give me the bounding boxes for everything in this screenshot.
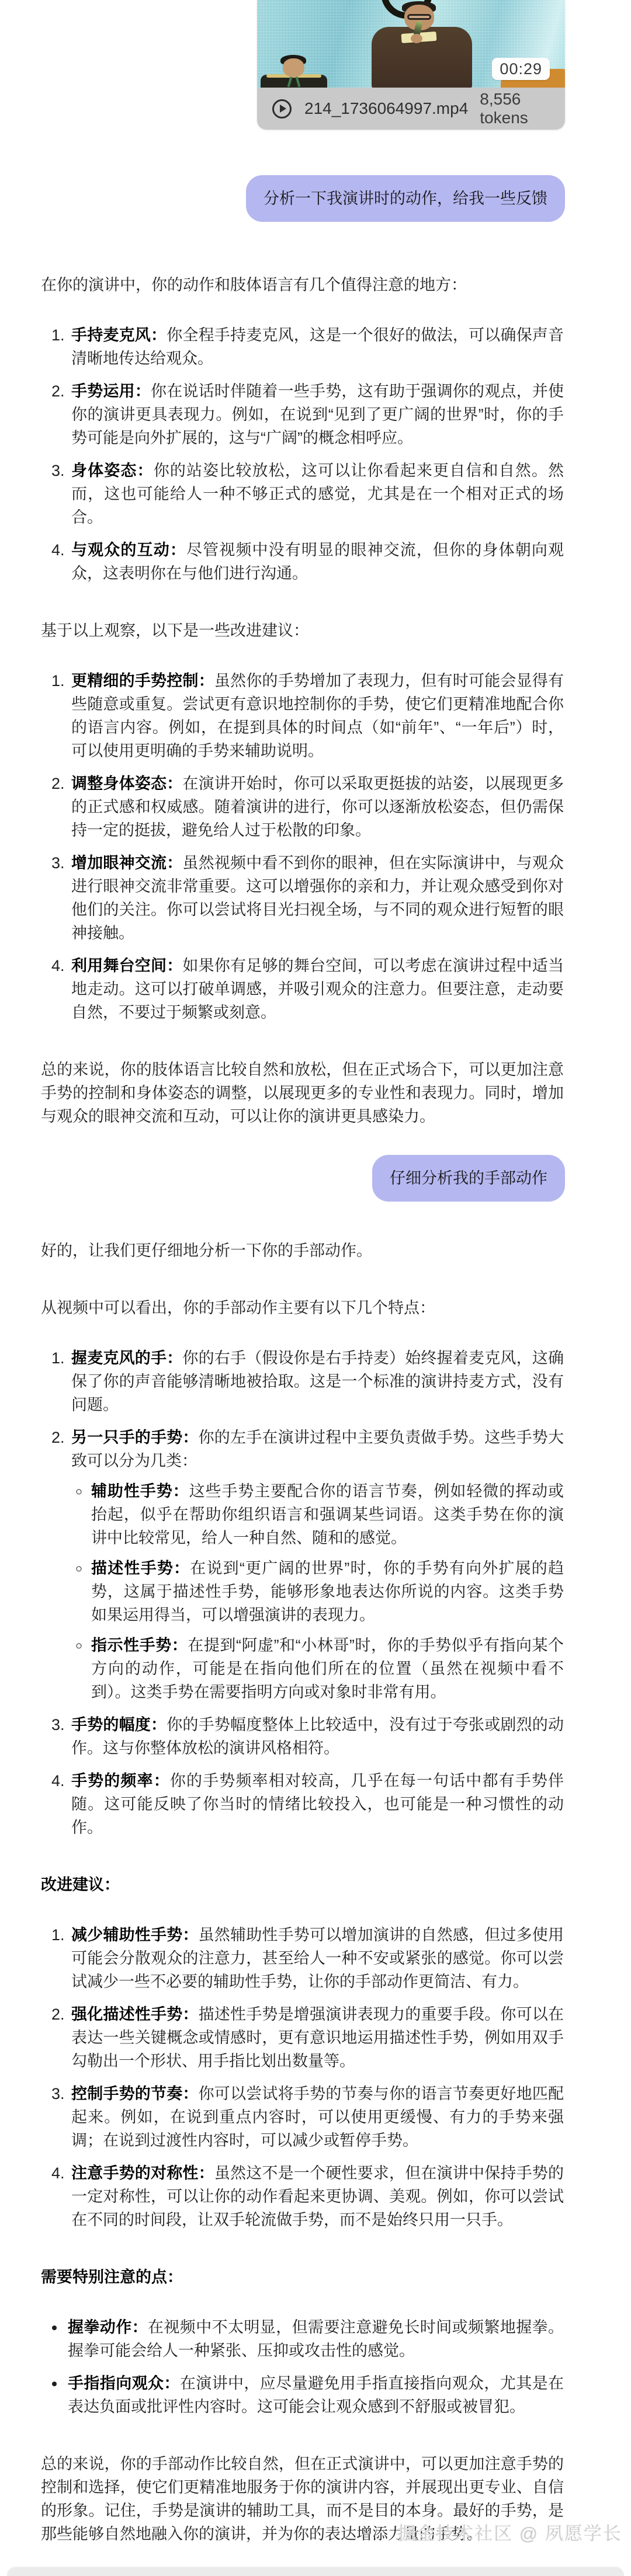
gesture-subtype-list: 辅助性手势：这些手势主要配合你的语言节奏，例如轻微的挥动或抬起，似乎在帮助你组织… [71,1480,564,1704]
list-item-term: 减少辅助性手势： [71,1926,199,1944]
user-message-text: 仔细分析我的手部动作 [390,1169,547,1187]
list-item: 身体姿态：你的站姿比较放松，这可以让你看起来更自信和自然。然而，这也可能给人一种… [69,459,564,529]
video-thumbnail[interactable]: 00:29 [257,0,565,88]
list-item-term: 强化描述性手势： [71,2006,199,2023]
list-item: 手势运用：你在说话时伴随着一些手势，这有助于强调你的观点，并使你的演讲更具表现力… [69,380,564,450]
list-item-term: 控制手势的节奏： [71,2085,199,2102]
user-bubble: 仔细分析我的手部动作 [372,1155,565,1202]
user-message-row: 仔细分析我的手部动作 [0,1155,631,1202]
list-item-term: 描述性手势： [91,1559,190,1577]
list-item-term: 另一只手的手势： [71,1429,199,1446]
list-item: 握拳动作：在视频中不太明显，但需要注意避免长时间或频繁地握拳。握拳可能会给人一种… [65,2316,564,2362]
list-item-term: 手持麦克风： [71,326,167,344]
list-item: 握麦克风的手：你的右手（假设你是右手持麦）始终握着麦克风，这确保了你的声音能够清… [69,1346,564,1416]
assistant-message: 好的，让我们更仔细地分析一下你的手部动作。 从视频中可以看出，你的手部动作主要有… [0,1239,631,2546]
feature-list: 握麦克风的手：你的右手（假设你是右手持麦）始终握着麦克风，这确保了你的声音能够清… [41,1346,564,1839]
video-timestamp-badge: 00:29 [492,58,550,80]
attachment-token-count: 8,556 tokens [480,90,550,127]
list-item-term: 增加眼神交流： [71,854,182,872]
list-item: 手势的频率：你的手势频率相对较高，几乎在每一句话中都有手势伴随。这可能反映了你当… [69,1769,564,1839]
user-bubble: 分析一下我演讲时的动作，给我一些反馈 [246,175,565,222]
caution-list: 握拳动作：在视频中不太明显，但需要注意避免长时间或频繁地握拳。握拳可能会给人一种… [41,2316,564,2418]
list-item: 手指指向观众：在演讲中，应尽量避免用手指直接指向观众，尤其是在表达负面或批评性内… [65,2372,564,2418]
section-heading: 改进建议： [41,1873,564,1896]
improvement-list: 减少辅助性手势：虽然辅助性手势可以增加演讲的自然感，但过多使用可能会分散观众的注… [41,1923,564,2232]
user-message-text: 分析一下我演讲时的动作，给我一些反馈 [264,190,547,207]
list-item-term: 注意手势的对称性： [71,2164,214,2182]
list-item: 与观众的互动：尽管视频中没有明显的眼神交流，但你的身体朝向观众，这表明你在与他们… [69,538,564,585]
list-item: 辅助性手势：这些手势主要配合你的语言节奏，例如轻微的挥动或抬起，似乎在帮助你组织… [90,1480,564,1550]
assistant-paragraph: 好的，让我们更仔细地分析一下你的手部动作。 [41,1239,564,1262]
suggestion-list: 更精细的手势控制：虽然你的手势增加了表现力，但有时可能会显得有些随意或重复。尝试… [41,669,564,1024]
list-item: 指示性手势：在提到“阿虚”和“小林哥”时，你的手势似乎有指向某个方向的动作，可能… [90,1634,564,1704]
video-attachment-card[interactable]: 00:29 214_1736064997.mp4 8,556 tokens [257,0,565,130]
list-item: 减少辅助性手势：虽然辅助性手势可以增加演讲的自然感，但过多使用可能会分散观众的注… [69,1923,564,1993]
list-item: 调整身体姿态：在演讲开始时，你可以采取更挺拔的站姿，以展现更多的正式感和权威感。… [69,772,564,842]
glasses [407,14,431,20]
list-item: 更精细的手势控制：虽然你的手势增加了表现力，但有时可能会显得有些随意或重复。尝试… [69,669,564,763]
list-item: 利用舞台空间：如果你有足够的舞台空间，可以考虑在演讲过程中适当地走动。这可以打破… [69,954,564,1024]
list-item-term: 手势的幅度： [71,1716,167,1733]
list-item-term: 辅助性手势： [91,1482,189,1500]
list-item-term: 调整身体姿态： [71,775,182,792]
list-item: 手持麦克风：你全程手持麦克风，这是一个很好的做法，可以确保声音清晰地传达给观众。 [69,323,564,370]
play-icon[interactable] [272,99,292,119]
list-item: 另一只手的手势：你的左手在演讲过程中主要负责做手势。这些手势大致可以分为几类： … [69,1426,564,1704]
list-item: 控制手势的节奏：你可以尝试将手势的节奏与你的语言节奏更好地匹配起来。例如，在说到… [69,2082,564,2152]
chat-page: 00:29 214_1736064997.mp4 8,556 tokens 分析… [0,0,631,2576]
list-item: 描述性手势：在说到“更广阔的世界”时，你的手势有向外扩展的趋势，这属于描述性手势… [90,1557,564,1627]
assistant-paragraph: 基于以上观察，以下是一些改进建议： [41,619,564,642]
list-item-term: 与观众的互动： [71,541,186,559]
list-item-term: 握拳动作： [68,2319,148,2336]
assistant-paragraph: 在你的演讲中，你的动作和肢体语言有几个值得注意的地方： [41,273,564,297]
list-item-term: 更精细的手势控制： [71,672,214,690]
assistant-message: 在你的演讲中，你的动作和肢体语言有几个值得注意的地方： 手持麦克风：你全程手持麦… [0,273,631,1128]
list-item: 增加眼神交流：虽然视频中看不到你的眼神，但在实际演讲中，与观众进行眼神交流非常重… [69,851,564,945]
list-item: 强化描述性手势：描述性手势是增强演讲表现力的重要手段。你可以在表达一些关键概念或… [69,2003,564,2073]
list-item: 注意手势的对称性：虽然这不是一个硬性要求，但在演讲中保持手势的一定对称性，可以让… [69,2161,564,2232]
list-item-term: 手势运用： [71,382,151,400]
attachment-filename: 214_1736064997.mp4 [304,99,468,118]
list-item-term: 利用舞台空间： [71,957,182,974]
chat-input-bar[interactable] [7,2567,624,2576]
list-item-term: 指示性手势： [91,1637,188,1654]
observation-list: 手持麦克风：你全程手持麦克风，这是一个很好的做法，可以确保声音清晰地传达给观众。… [41,323,564,585]
list-item-term: 手势的频率： [71,1772,170,1790]
list-item-term: 握麦克风的手： [71,1349,182,1367]
section-heading: 需要特别注意的点： [41,2265,564,2289]
assistant-paragraph: 从视频中可以看出，你的手部动作主要有以下几个特点： [41,1296,564,1320]
assistant-summary: 总的来说，你的手部动作比较自然，但在正式演讲中，可以更加注意手势的控制和选择，使… [41,2452,564,2546]
attachment-info-bar[interactable]: 214_1736064997.mp4 8,556 tokens [257,88,565,130]
list-item-term: 手指指向观众： [68,2375,180,2392]
list-item: 手势的幅度：你的手势幅度整体上比较适中，没有过于夸张或剧烈的动作。这与你整体放松… [69,1713,564,1760]
user-message-row: 分析一下我演讲时的动作，给我一些反馈 [0,175,631,222]
assistant-summary: 总的来说，你的肢体语言比较自然和放松，但在正式场合下，可以更加注意手势的控制和身… [41,1058,564,1128]
list-item-term: 身体姿态： [71,462,154,479]
